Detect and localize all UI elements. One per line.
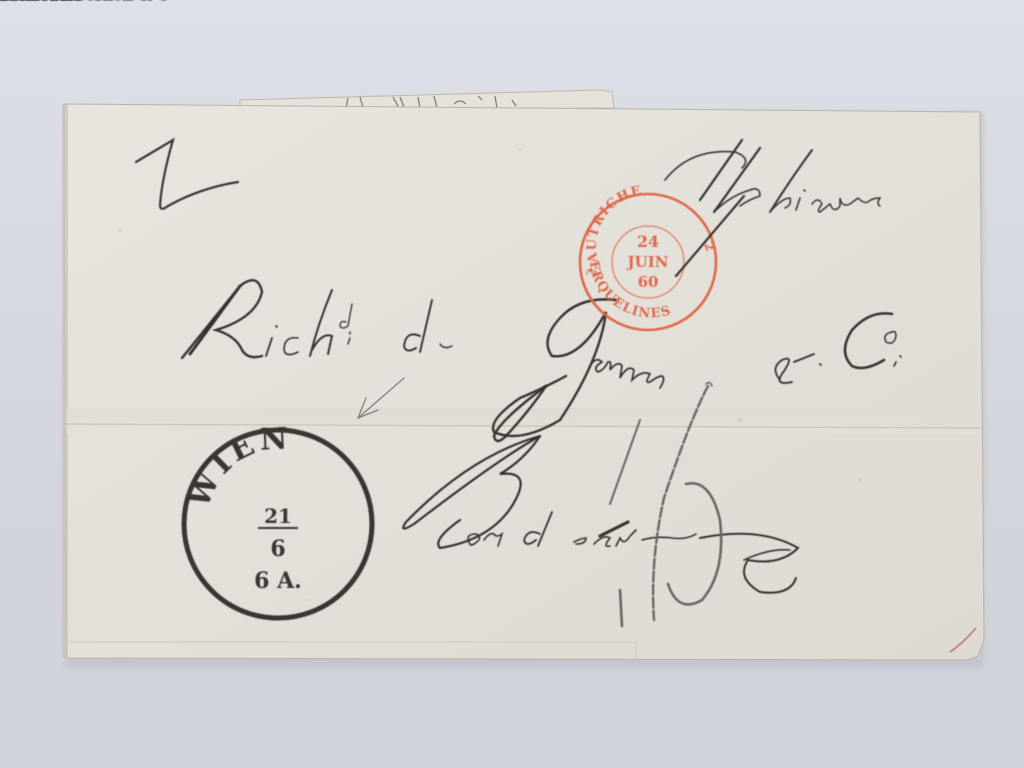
svg-text:16: 16 xyxy=(0,0,20,4)
letter-photo: 2 Messieurs Richᵈ de G xyxy=(0,0,1024,768)
entry-postmark-month: JUIN xyxy=(626,253,669,271)
origin-postmark-month: 6 xyxy=(270,536,285,562)
entry-postmark-year: 60 xyxy=(638,273,659,291)
origin-postmark-time: 6 A. xyxy=(254,568,302,594)
origin-postmark-day: 21 xyxy=(264,504,292,528)
entry-postmark-day: 24 xyxy=(637,232,659,251)
